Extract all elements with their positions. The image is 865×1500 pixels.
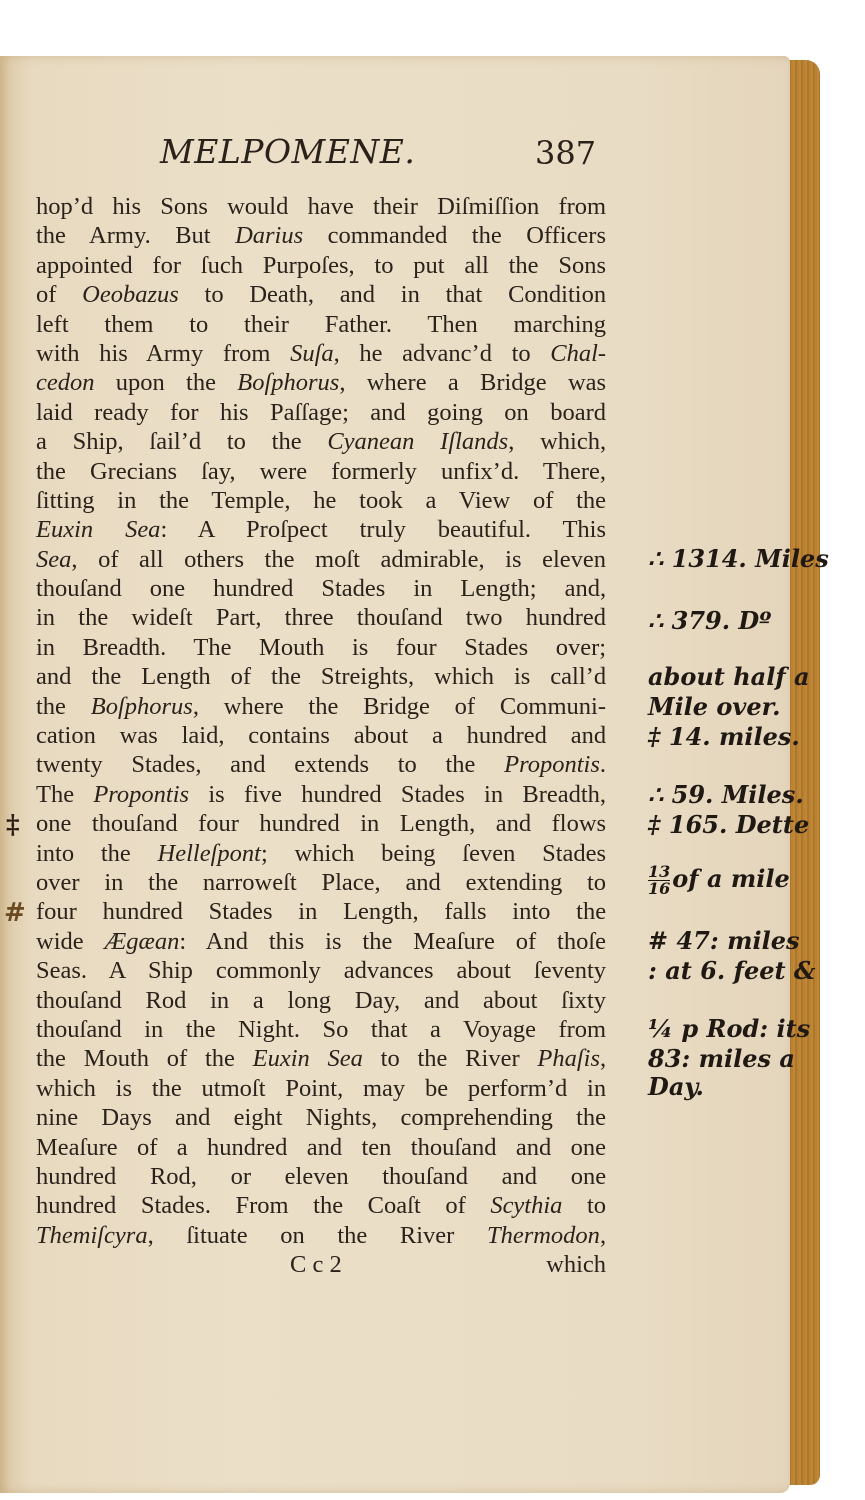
text-line: cedon upon the Boſphorus, where a Bridge… bbox=[36, 368, 606, 397]
text-line: thouſand one hundred Stades in Length; a… bbox=[36, 574, 606, 603]
text-line: hop’d his Sons would have their Diſmiſſi… bbox=[36, 192, 606, 221]
fraction: 13 16 bbox=[648, 864, 670, 897]
text-line: and the Length of the Streights, which i… bbox=[36, 662, 606, 691]
page-number: 387 bbox=[535, 134, 596, 172]
text-line: four hundred Stades in Length, falls int… bbox=[36, 897, 606, 926]
margin-note: ∴ 1314. Miles bbox=[648, 544, 829, 573]
text-line: of Oeobazus to Death, and in that Condit… bbox=[36, 280, 606, 309]
text-line: Euxin Sea: A Proſpect truly beautiful. T… bbox=[36, 515, 606, 544]
body-text: hop’d his Sons would have their Diſmiſſi… bbox=[36, 192, 606, 1279]
text-line: Seas. A Ship commonly advances about ſev… bbox=[36, 956, 606, 985]
hash-mark-icon: # bbox=[4, 898, 26, 928]
text-line: in the wideſt Part, three thouſand two h… bbox=[36, 603, 606, 632]
text-line: the Mouth of the Euxin Sea to the River … bbox=[36, 1044, 606, 1073]
text-line: twenty Stades, and extends to the Propon… bbox=[36, 750, 606, 779]
margin-note: Mile over. bbox=[648, 692, 780, 721]
margin-note-fraction: 13 16 of a mile bbox=[648, 864, 790, 897]
text-line: Meaſure of a hundred and ten thouſand an… bbox=[36, 1133, 606, 1162]
text-line: nine Days and eight Nights, comprehendin… bbox=[36, 1103, 606, 1132]
text-line: into the Helleſpont; which being ſeven S… bbox=[36, 839, 606, 868]
page-header: MELPOMENE. 387 bbox=[160, 132, 610, 182]
text-line: Themiſcyra, ſituate on the River Thermod… bbox=[36, 1221, 606, 1250]
text-line: hundred Rod, or eleven thouſand and one bbox=[36, 1162, 606, 1191]
text-line: thouſand in the Night. So that a Voyage … bbox=[36, 1015, 606, 1044]
margin-note: # 47: miles bbox=[648, 926, 800, 955]
text-line: in Breadth. The Mouth is four Stades ove… bbox=[36, 633, 606, 662]
text-line: wide Ægæan: And this is the Meaſure of t… bbox=[36, 927, 606, 956]
text-line: The Propontis is five hundred Stades in … bbox=[36, 780, 606, 809]
text-line: Sea, of all others the moſt admirable, i… bbox=[36, 545, 606, 574]
text-line: the Army. But Darius commanded the Offic… bbox=[36, 221, 606, 250]
text-line: left them to their Father. Then marching bbox=[36, 310, 606, 339]
margin-note: of a mile bbox=[672, 864, 790, 893]
margin-note: ‡ 14. miles. bbox=[648, 722, 800, 751]
fraction-denominator: 16 bbox=[648, 879, 670, 898]
text-line: cation was laid, contains about a hundre… bbox=[36, 721, 606, 750]
text-line: a Ship, ſail’d to the Cyanean Iſlands, w… bbox=[36, 427, 606, 456]
text-line: the Boſphorus, where the Bridge of Commu… bbox=[36, 692, 606, 721]
margin-note: Day. bbox=[648, 1072, 704, 1101]
signature-line: C c 2 which bbox=[36, 1250, 606, 1279]
running-title: MELPOMENE. bbox=[160, 132, 415, 171]
text-line: over in the narroweſt Place, and extendi… bbox=[36, 868, 606, 897]
text-line: one thouſand four hundred in Length, and… bbox=[36, 809, 606, 838]
margin-note: ‡ 165. Dette bbox=[648, 810, 809, 839]
text-line: with his Army from Suſa, he advanc’d to … bbox=[36, 339, 606, 368]
text-line: laid ready for his Paſſage; and going on… bbox=[36, 398, 606, 427]
text-line: thouſand Rod in a long Day, and about ſi… bbox=[36, 986, 606, 1015]
margin-note: : at 6. feet & bbox=[648, 956, 816, 985]
margin-note: about half a bbox=[648, 662, 810, 691]
text-line: appointed for ſuch Purpoſes, to put all … bbox=[36, 251, 606, 280]
margin-note: 83: miles a bbox=[648, 1044, 795, 1073]
text-line: hundred Stades. From the Coaſt of Scythi… bbox=[36, 1191, 606, 1220]
margin-note: ∴ 379. Dº bbox=[648, 606, 771, 635]
text-line: which is the utmoſt Point, may be perfor… bbox=[36, 1074, 606, 1103]
text-line: ſitting in the Temple, he took a View of… bbox=[36, 486, 606, 515]
text-line: the Grecians ſay, were formerly unfix’d.… bbox=[36, 457, 606, 486]
margin-note: ∴ 59. Miles. bbox=[648, 780, 804, 809]
margin-note: ¼ p Rod: its bbox=[648, 1014, 810, 1043]
signature-mark: C c 2 bbox=[290, 1250, 342, 1279]
double-dagger-mark-icon: ‡ bbox=[6, 810, 20, 840]
catchword: which bbox=[546, 1250, 606, 1279]
